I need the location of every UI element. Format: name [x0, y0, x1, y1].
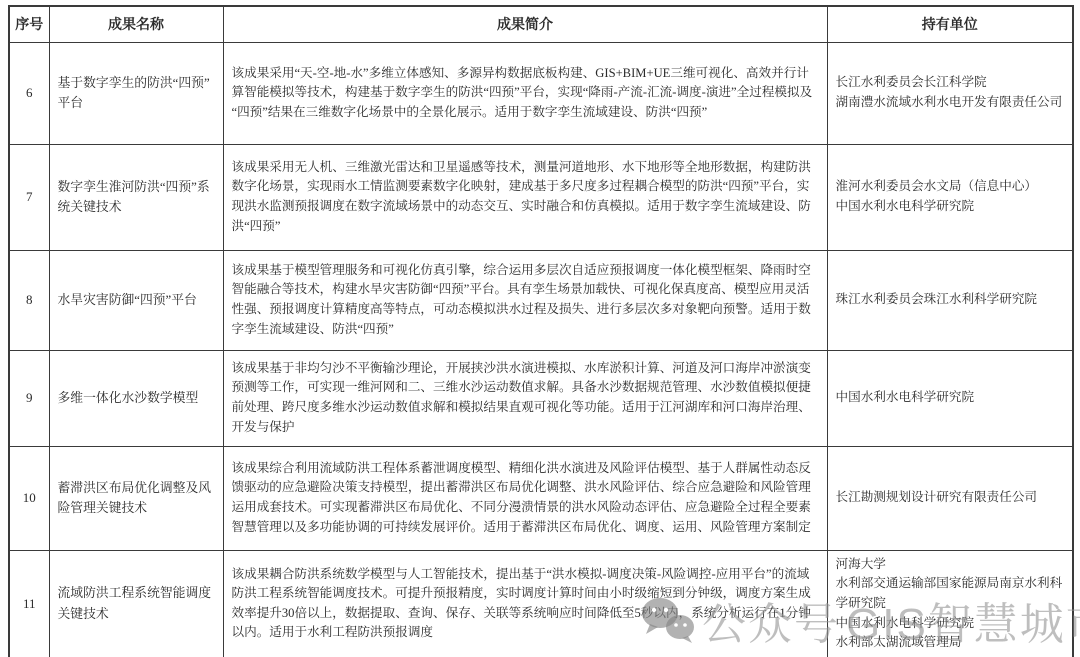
result-name-cell: 流域防洪工程系统智能调度关键技术 — [49, 550, 223, 657]
table-header-row: 序号 成果名称 成果简介 持有单位 — [9, 6, 1073, 42]
header-cell-desc: 成果简介 — [223, 6, 827, 42]
header-cell-holder: 持有单位 — [827, 6, 1073, 42]
holder-cell: 长江水利委员会长江科学院 湖南澧水流域水利水电开发有限责任公司 — [827, 42, 1073, 144]
table-row: 11 流域防洪工程系统智能调度关键技术 该成果耦合防洪系统数学模型与人工智能技术… — [9, 550, 1073, 657]
holder-cell: 淮河水利委员会水文局（信息中心） 中国水利水电科学研究院 — [827, 144, 1073, 250]
row-number-cell: 11 — [9, 550, 49, 657]
table-row: 6 基于数字孪生的防洪“四预”平台 该成果采用“天-空-地-水”多维立体感知、多… — [9, 42, 1073, 144]
results-table: 序号 成果名称 成果简介 持有单位 6 基于数字孪生的防洪“四预”平台 该成果采… — [8, 5, 1074, 657]
result-desc-cell: 该成果综合利用流域防洪工程体系蓄泄调度模型、精细化洪水演进及风险评估模型、基于人… — [223, 446, 827, 550]
header-cell-name: 成果名称 — [49, 6, 223, 42]
row-number-cell: 9 — [9, 350, 49, 446]
result-desc-cell: 该成果基于非均匀沙不平衡输沙理论，开展挟沙洪水演进模拟、水库淤积计算、河道及河口… — [223, 350, 827, 446]
table-row: 9 多维一体化水沙数学模型 该成果基于非均匀沙不平衡输沙理论，开展挟沙洪水演进模… — [9, 350, 1073, 446]
result-desc-cell: 该成果采用“天-空-地-水”多维立体感知、多源异构数据底板构建、GIS+BIM+… — [223, 42, 827, 144]
document-page: 序号 成果名称 成果简介 持有单位 6 基于数字孪生的防洪“四预”平台 该成果采… — [0, 0, 1080, 657]
row-number-cell: 10 — [9, 446, 49, 550]
row-number-cell: 6 — [9, 42, 49, 144]
result-desc-cell: 该成果基于模型管理服务和可视化仿真引擎，综合运用多层次自适应预报调度一体化模型框… — [223, 250, 827, 350]
holder-cell: 珠江水利委员会珠江水利科学研究院 — [827, 250, 1073, 350]
table-row: 10 蓄滞洪区布局优化调整及风险管理关键技术 该成果综合利用流域防洪工程体系蓄泄… — [9, 446, 1073, 550]
holder-cell: 长江勘测规划设计研究有限责任公司 — [827, 446, 1073, 550]
result-name-cell: 基于数字孪生的防洪“四预”平台 — [49, 42, 223, 144]
result-name-cell: 多维一体化水沙数学模型 — [49, 350, 223, 446]
row-number-cell: 7 — [9, 144, 49, 250]
row-number-cell: 8 — [9, 250, 49, 350]
result-name-cell: 水旱灾害防御“四预”平台 — [49, 250, 223, 350]
result-name-cell: 蓄滞洪区布局优化调整及风险管理关键技术 — [49, 446, 223, 550]
holder-cell: 中国水利水电科学研究院 — [827, 350, 1073, 446]
result-desc-cell: 该成果采用无人机、三维激光雷达和卫星遥感等技术，测量河道地形、水下地形等全地形数… — [223, 144, 827, 250]
holder-cell: 河海大学 水利部交通运输部国家能源局南京水利科学研究院 中国水利水电科学研究院 … — [827, 550, 1073, 657]
header-cell-index: 序号 — [9, 6, 49, 42]
table-row: 8 水旱灾害防御“四预”平台 该成果基于模型管理服务和可视化仿真引擎，综合运用多… — [9, 250, 1073, 350]
result-desc-cell: 该成果耦合防洪系统数学模型与人工智能技术，提出基于“洪水模拟-调度决策-风险调控… — [223, 550, 827, 657]
table-row: 7 数字孪生淮河防洪“四预”系统关键技术 该成果采用无人机、三维激光雷达和卫星遥… — [9, 144, 1073, 250]
result-name-cell: 数字孪生淮河防洪“四预”系统关键技术 — [49, 144, 223, 250]
